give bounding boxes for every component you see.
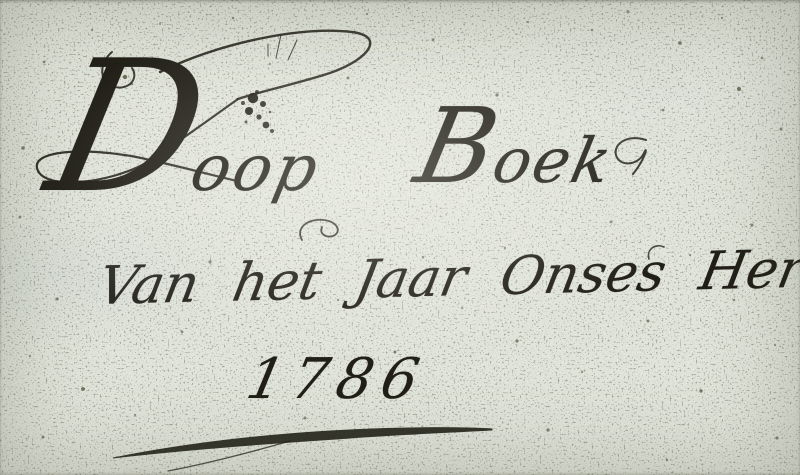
underline-flourish	[113, 428, 492, 471]
manuscript-page: Doop Boek Van het Jaar Onses Heren 1786	[0, 0, 800, 475]
boek-tail-flourish	[616, 138, 646, 174]
title-word-boek: Boek	[408, 94, 626, 198]
jaar-lead-flourish	[300, 220, 338, 240]
subtitle-line: Van het Jaar Onses Heren	[94, 241, 800, 313]
title-word-doop: Doop	[36, 36, 348, 218]
year-text: 1786	[242, 352, 432, 408]
